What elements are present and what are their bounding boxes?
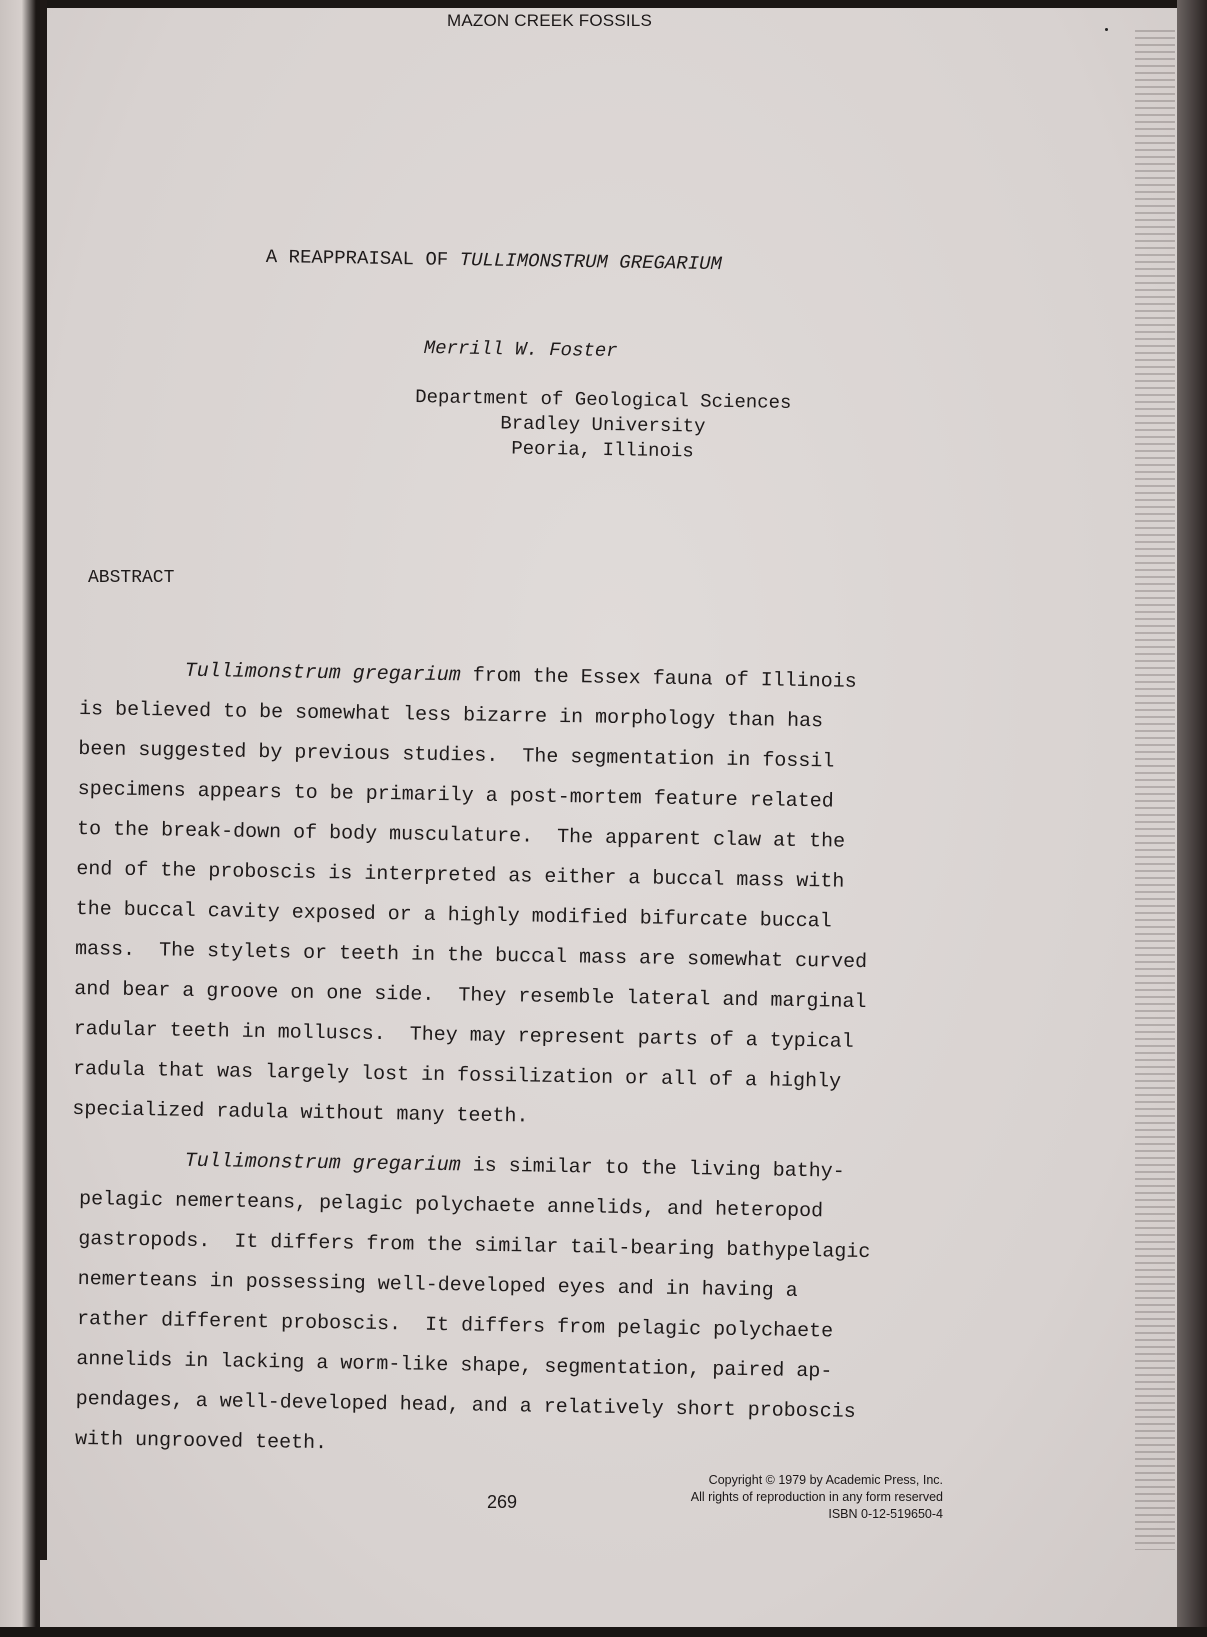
isbn-line: ISBN 0-12-519650-4 — [590, 1506, 943, 1523]
scan-speck — [1105, 28, 1108, 31]
line-text: from the Essex fauna of Illinois — [460, 664, 856, 694]
abstract-paragraph-1: Tullimonstrum gregarium from the Essex f… — [72, 650, 970, 1145]
running-header: MAZON CREEK FOSSILS — [447, 11, 652, 31]
abstract-heading: ABSTRACT — [88, 568, 174, 588]
abstract-paragraph-2: Tullimonstrum gregarium is similar to th… — [75, 1140, 970, 1475]
title-prefix: A REAPPRAISAL OF — [266, 246, 460, 271]
species-name: Tullimonstrum gregarium — [184, 1150, 460, 1178]
author-name: Merrill W. Foster — [424, 337, 618, 362]
species-name: Tullimonstrum gregarium — [184, 660, 460, 688]
scan-bottom-edge — [0, 1627, 1207, 1637]
copyright-notice: Copyright © 1979 by Academic Press, Inc.… — [590, 1472, 943, 1523]
line-text: is similar to the living bathy- — [460, 1154, 844, 1183]
scan-left-margin — [0, 0, 36, 1637]
binding-shadow — [40, 0, 47, 1560]
title-species: TULLIMONSTRUM GREGARIUM — [459, 249, 722, 275]
page-number: 269 — [487, 1492, 517, 1513]
scan-right-edge — [1177, 0, 1207, 1637]
scan-right-noise — [1135, 30, 1175, 1550]
rights-line: All rights of reproduction in any form r… — [590, 1489, 943, 1506]
copyright-line: Copyright © 1979 by Academic Press, Inc. — [590, 1472, 943, 1489]
